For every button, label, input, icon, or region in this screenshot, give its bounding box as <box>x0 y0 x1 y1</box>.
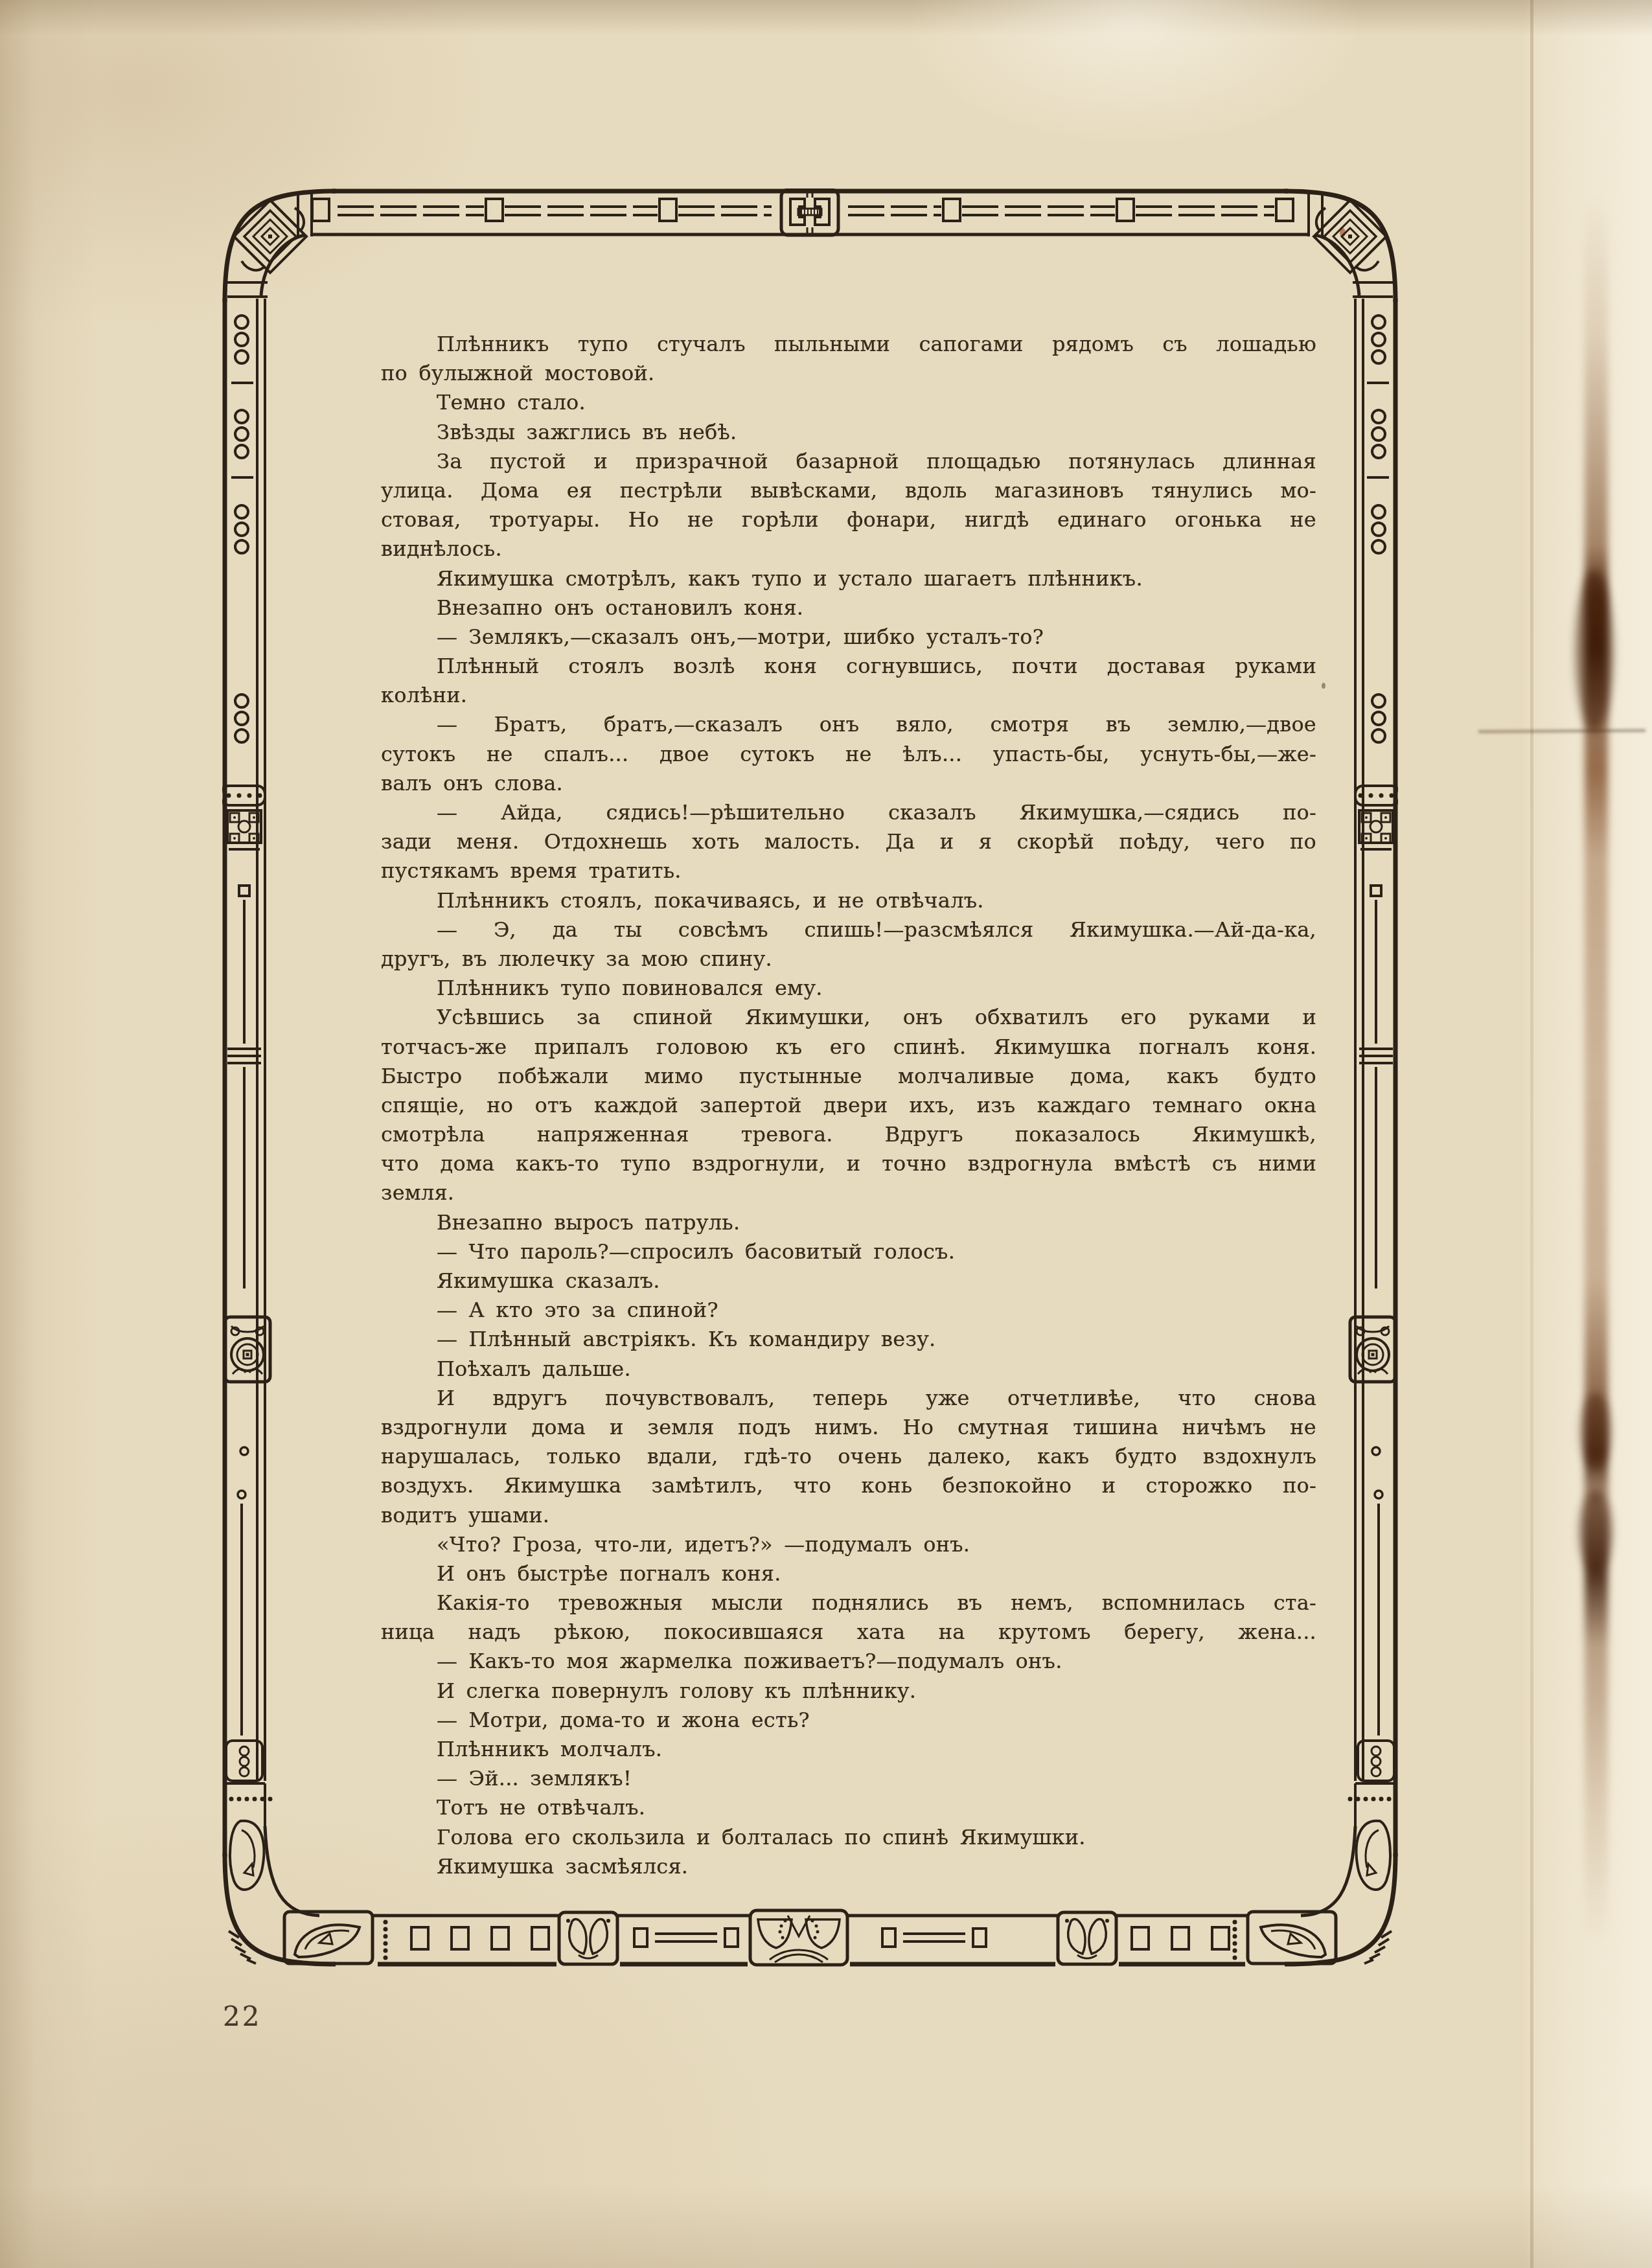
text-line: Внезапно онъ остановилъ коня. <box>381 593 1316 623</box>
text-line: — Мотри, дома-то и жона есть? <box>381 1706 1316 1735</box>
text-line: Поѣхалъ дальше. <box>381 1355 1316 1384</box>
text-line: стовая, тротуары. Но не горѣли фонари, н… <box>381 505 1316 534</box>
text-line: по булыжной мостовой. <box>381 359 1316 388</box>
text-line: — Что пароль?—спросилъ басовитый голосъ. <box>381 1237 1316 1266</box>
text-line: Усѣвшись за спиной Якимушки, онъ обхвати… <box>381 1003 1316 1032</box>
text-line: ница надъ рѣкою, покосившаяся хата на кр… <box>381 1618 1316 1647</box>
text-line: Плѣнникъ тупо повиновался ему. <box>381 974 1316 1003</box>
text-line: валъ онъ слова. <box>381 769 1316 798</box>
text-line: Плѣнникъ тупо стучалъ пыльными сапогами … <box>381 330 1316 359</box>
text-line: нарушалась, только вдали, гдѣ-то очень д… <box>381 1442 1316 1471</box>
text-line: тотчасъ-же припалъ головою къ его спинѣ.… <box>381 1033 1316 1062</box>
text-line: Якимушка сказалъ. <box>381 1266 1316 1296</box>
text-line: «Что? Гроза, что-ли, идетъ?» —подумалъ о… <box>381 1530 1316 1559</box>
book-page-scan: Плѣнникъ тупо стучалъ пыльными сапогами … <box>0 0 1652 2268</box>
text-line: Темно стало. <box>381 388 1316 417</box>
text-line: что дома какъ-то тупо вздрогнули, и точн… <box>381 1149 1316 1178</box>
text-line: — Землякъ,—сказалъ онъ,—мотри, шибко уст… <box>381 623 1316 652</box>
text-line: виднѣлось. <box>381 534 1316 564</box>
text-line: — Какъ-то моя жармелка поживаетъ?—подума… <box>381 1647 1316 1676</box>
text-line: другъ, въ люлечку за мою спину. <box>381 945 1316 974</box>
text-line: колѣни. <box>381 681 1316 710</box>
top-center-emblem <box>781 190 838 235</box>
frame-bottom-band <box>373 1910 1248 1965</box>
text-line: улица. Дома ея пестрѣли вывѣсками, вдоль… <box>381 476 1316 505</box>
text-line: водитъ ушами. <box>381 1501 1316 1530</box>
text-line: вздрогнули дома и земля подъ нимъ. Но см… <box>381 1413 1316 1442</box>
text-line: Тотъ не отвѣчалъ. <box>381 1793 1316 1822</box>
text-line: спящіе, но отъ каждой запертой двери ихъ… <box>381 1091 1316 1120</box>
text-line: Плѣнный стоялъ возлѣ коня согнувшись, по… <box>381 652 1316 681</box>
text-line: — А кто это за спиной? <box>381 1296 1316 1325</box>
text-line: смотрѣла напряженная тревога. Вдругъ пок… <box>381 1120 1316 1149</box>
text-line: Якимушка засмѣялся. <box>381 1852 1316 1881</box>
page-number: 22 <box>223 2000 261 2032</box>
text-line: — Айда, сядись!—рѣшительно сказалъ Якиму… <box>381 798 1316 827</box>
bottom-center-cartouche <box>750 1910 847 1965</box>
frame-top-band <box>312 190 1307 235</box>
text-line: Звѣзды зажглись въ небѣ. <box>381 418 1316 447</box>
text-line: И онъ быстрѣе погналъ коня. <box>381 1559 1316 1588</box>
text-line: И слегка повернулъ голову къ плѣннику. <box>381 1677 1316 1706</box>
text-line: Внезапно выросъ патруль. <box>381 1208 1316 1237</box>
binding-rust-stain <box>1585 194 1608 1943</box>
text-line: Голова его скользила и болталась по спин… <box>381 1823 1316 1852</box>
text-line: Какія-то тревожныя мысли поднялись въ не… <box>381 1588 1316 1618</box>
text-line: зади меня. Отдохнешь хоть малость. Да и … <box>381 827 1316 856</box>
text-line: И вдругъ почувствовалъ, теперь уже отчет… <box>381 1384 1316 1413</box>
text-line: сутокъ не спалъ... двое сутокъ не ѣлъ...… <box>381 740 1316 769</box>
page-fold-line <box>1530 0 1533 2268</box>
story-text-block: Плѣнникъ тупо стучалъ пыльными сапогами … <box>381 330 1316 1881</box>
text-line: Плѣнникъ молчалъ. <box>381 1735 1316 1764</box>
rust-blob <box>1579 1490 1612 1574</box>
rust-blob <box>1576 570 1613 732</box>
text-line: За пустой и призрачной базарной площадью… <box>381 447 1316 476</box>
paper-crease <box>1478 729 1646 733</box>
text-line: Быстро побѣжали мимо пустынные молчаливы… <box>381 1062 1316 1091</box>
text-line: воздухъ. Якимушка замѣтилъ, что конь без… <box>381 1471 1316 1500</box>
text-line: — Братъ, братъ,—сказалъ онъ вяло, смотря… <box>381 710 1316 739</box>
text-line: Плѣнникъ стоялъ, покачиваясь, и не отвѣч… <box>381 886 1316 915</box>
text-line: — Э, да ты совсѣмъ спишь!—разсмѣялся Яки… <box>381 915 1316 945</box>
text-line: — Эй... землякъ! <box>381 1764 1316 1793</box>
text-line: земля. <box>381 1178 1316 1208</box>
text-line: — Плѣнный австріякъ. Къ командиру везу. <box>381 1325 1316 1354</box>
text-line: Якимушка смотрѣлъ, какъ тупо и устало ша… <box>381 564 1316 593</box>
text-line: пустякамъ время тратить. <box>381 856 1316 886</box>
rust-blob <box>1581 1393 1611 1471</box>
